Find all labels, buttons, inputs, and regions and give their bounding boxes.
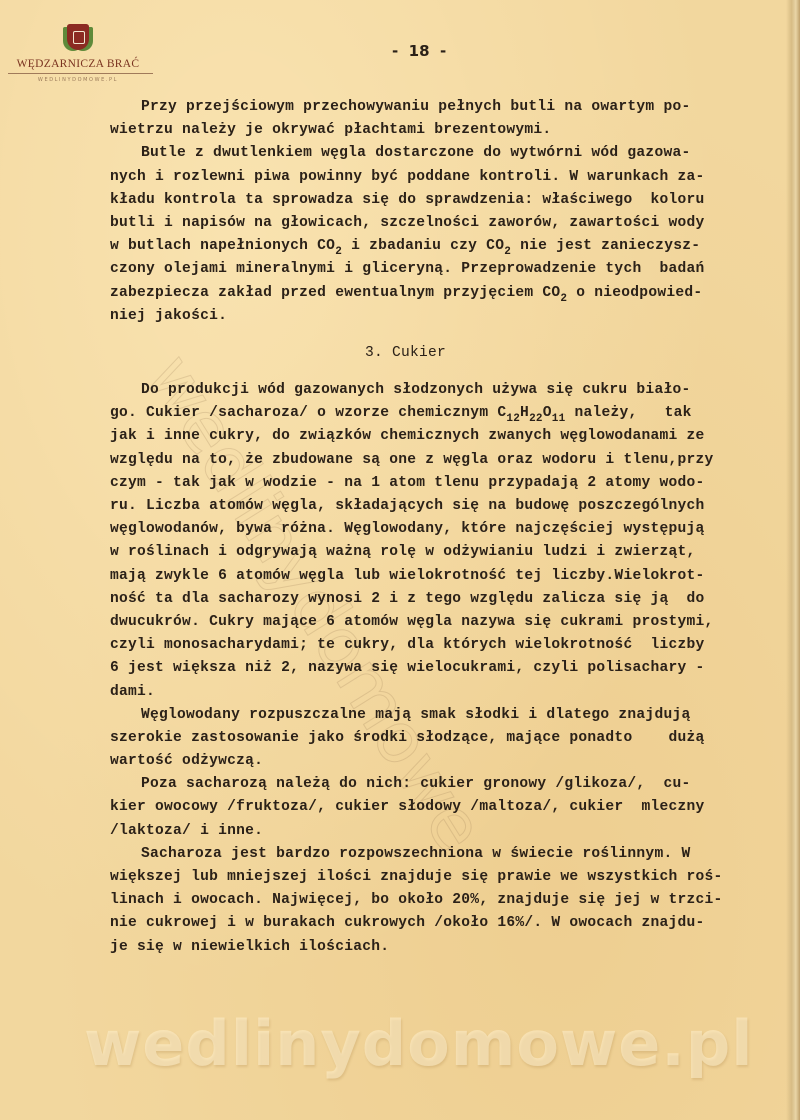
text-line: butli i napisów na głowicach, szczelnośc… (110, 212, 786, 235)
text-run: należy, tak (565, 405, 691, 421)
text-line: ność ta dla sacharozy wynosi 2 i z tego … (110, 588, 786, 611)
text-run: mają zwykle 6 atomów węgla lub wielokrot… (110, 568, 705, 584)
text-run: o nieodpowied- (567, 285, 702, 301)
text-run: ność ta dla sacharozy wynosi 2 i z tego … (110, 591, 705, 607)
footer-watermark: wedlinydomowe.pl (84, 1007, 753, 1080)
text-run: niej jakości. (110, 308, 227, 324)
text-run: nie cukrowej i w burakach cukrowych /oko… (110, 915, 705, 931)
line-gap (110, 365, 786, 379)
text-run: Sacharoza jest bardzo rozpowszechniona w… (141, 846, 690, 862)
text-line: niej jakości. (110, 305, 786, 328)
text-run: kładu kontrola ta sprowadza się do spraw… (110, 192, 705, 208)
text-line: szerokie zastosowanie jako środki słodzą… (110, 727, 786, 750)
text-line: węglowodanów, bywa różna. Węglowodany, k… (110, 518, 786, 541)
text-line: wietrzu należy je okrywać płachtami brez… (110, 119, 786, 142)
text-run: wietrzu należy je okrywać płachtami brez… (110, 122, 551, 138)
document-body: Przy przejściowym przechowywaniu pełnych… (110, 96, 786, 959)
page-number: - 18 - (392, 42, 446, 60)
text-line: ru. Liczba atomów węgla, składających si… (110, 495, 786, 518)
text-line: Sacharoza jest bardzo rozpowszechniona w… (110, 843, 786, 866)
text-run: O (543, 405, 552, 421)
logo-url: WEDLINYDOMOWE.PL (8, 77, 148, 83)
text-line: Poza sacharozą należą do nich: cukier gr… (110, 773, 786, 796)
text-line: dwucukrów. Cukry mające 6 atomów węgla n… (110, 611, 786, 634)
text-run: linach i owocach. Najwięcej, bo około 20… (110, 892, 723, 908)
text-run: w roślinach i odgrywają ważną rolę w odż… (110, 544, 696, 560)
text-run: szerokie zastosowanie jako środki słodzą… (110, 730, 705, 746)
text-run: kier owocowy /fruktoza/, cukier słodowy … (110, 799, 705, 815)
text-run: butli i napisów na głowicach, szczelnośc… (110, 215, 705, 231)
text-run: nych i rozlewni piwa powinny być poddane… (110, 169, 705, 185)
text-line: Do produkcji wód gazowanych słodzonych u… (110, 379, 786, 402)
text-run: czyli monosacharydami; te cukry, dla któ… (110, 637, 705, 653)
page-edge (786, 0, 800, 1120)
text-run: Węglowodany rozpuszczalne mają smak słod… (141, 707, 690, 723)
text-line: w butlach napełnionych CO2 i zbadaniu cz… (110, 235, 786, 258)
logo-divider (8, 73, 153, 74)
crest-icon (63, 18, 93, 54)
text-line: kier owocowy /fruktoza/, cukier słodowy … (110, 796, 786, 819)
text-run: większej lub mniejszej ilości znajduje s… (110, 869, 723, 885)
site-logo: WĘDZARNICZA BRAĆ WEDLINYDOMOWE.PL (8, 10, 148, 83)
text-run: dwucukrów. Cukry mające 6 atomów węgla n… (110, 614, 714, 630)
text-run: Przy przejściowym przechowywaniu pełnych… (141, 99, 690, 115)
text-run: Poza sacharozą należą do nich: cukier gr… (141, 776, 690, 792)
text-line: Przy przejściowym przechowywaniu pełnych… (110, 96, 786, 119)
text-line: kładu kontrola ta sprowadza się do spraw… (110, 189, 786, 212)
text-line: dami. (110, 681, 786, 704)
text-run: ru. Liczba atomów węgla, składających si… (110, 498, 705, 514)
text-run: 3. Cukier (365, 345, 446, 361)
text-line: czony olejami mineralnymi i gliceryną. P… (110, 258, 786, 281)
text-line: czym - tak jak w wodzie - na 1 atom tlen… (110, 472, 786, 495)
text-run: Butle z dwutlenkiem węgla dostarczone do… (141, 145, 690, 161)
subscript: 12 (506, 413, 520, 425)
logo-name: WĘDZARNICZA BRAĆ (8, 58, 148, 70)
text-line: go. Cukier /sacharoza/ o wzorze chemiczn… (110, 402, 786, 425)
subscript: 2 (504, 246, 511, 258)
text-run: zabezpiecza zakład przed ewentualnym prz… (110, 285, 560, 301)
text-run: go. Cukier /sacharoza/ o wzorze chemiczn… (110, 405, 506, 421)
text-line: względu na to, że zbudowane są one z węg… (110, 449, 786, 472)
text-line: jak i inne cukry, do związków chemicznyc… (110, 425, 786, 448)
text-run: 6 jest większa niż 2, nazywa się wielocu… (110, 660, 705, 676)
text-run: wartość odżywczą. (110, 753, 263, 769)
text-run: węglowodanów, bywa różna. Węglowodany, k… (110, 521, 705, 537)
subscript: 2 (560, 293, 567, 305)
text-line: Węglowodany rozpuszczalne mają smak słod… (110, 704, 786, 727)
text-line: /laktoza/ i inne. (110, 820, 786, 843)
text-run: je się w niewielkich ilościach. (110, 939, 389, 955)
text-line: 6 jest większa niż 2, nazywa się wielocu… (110, 657, 786, 680)
text-run: czym - tak jak w wodzie - na 1 atom tlen… (110, 475, 705, 491)
text-run: względu na to, że zbudowane są one z węg… (110, 452, 714, 468)
text-run: dami. (110, 684, 155, 700)
text-line: linach i owocach. Najwięcej, bo około 20… (110, 889, 786, 912)
subscript: 11 (552, 413, 566, 425)
line-gap (110, 328, 786, 342)
subscript: 22 (529, 413, 543, 425)
section-heading: 3. Cukier (110, 342, 786, 365)
text-run: jak i inne cukry, do związków chemicznyc… (110, 428, 705, 444)
text-line: nych i rozlewni piwa powinny być poddane… (110, 166, 786, 189)
subscript: 2 (335, 246, 342, 258)
text-run: nie jest zanieczysz- (511, 238, 700, 254)
text-run: czony olejami mineralnymi i gliceryną. P… (110, 261, 705, 277)
text-line: większej lub mniejszej ilości znajduje s… (110, 866, 786, 889)
text-run: i zbadaniu czy CO (342, 238, 504, 254)
text-run: Do produkcji wód gazowanych słodzonych u… (141, 382, 690, 398)
text-line: nie cukrowej i w burakach cukrowych /oko… (110, 912, 786, 935)
text-run: /laktoza/ i inne. (110, 823, 263, 839)
text-line: mają zwykle 6 atomów węgla lub wielokrot… (110, 565, 786, 588)
text-run: H (520, 405, 529, 421)
text-line: wartość odżywczą. (110, 750, 786, 773)
text-line: Butle z dwutlenkiem węgla dostarczone do… (110, 142, 786, 165)
text-run: w butlach napełnionych CO (110, 238, 335, 254)
text-line: czyli monosacharydami; te cukry, dla któ… (110, 634, 786, 657)
text-line: je się w niewielkich ilościach. (110, 936, 786, 959)
text-line: zabezpiecza zakład przed ewentualnym prz… (110, 282, 786, 305)
text-line: w roślinach i odgrywają ważną rolę w odż… (110, 541, 786, 564)
